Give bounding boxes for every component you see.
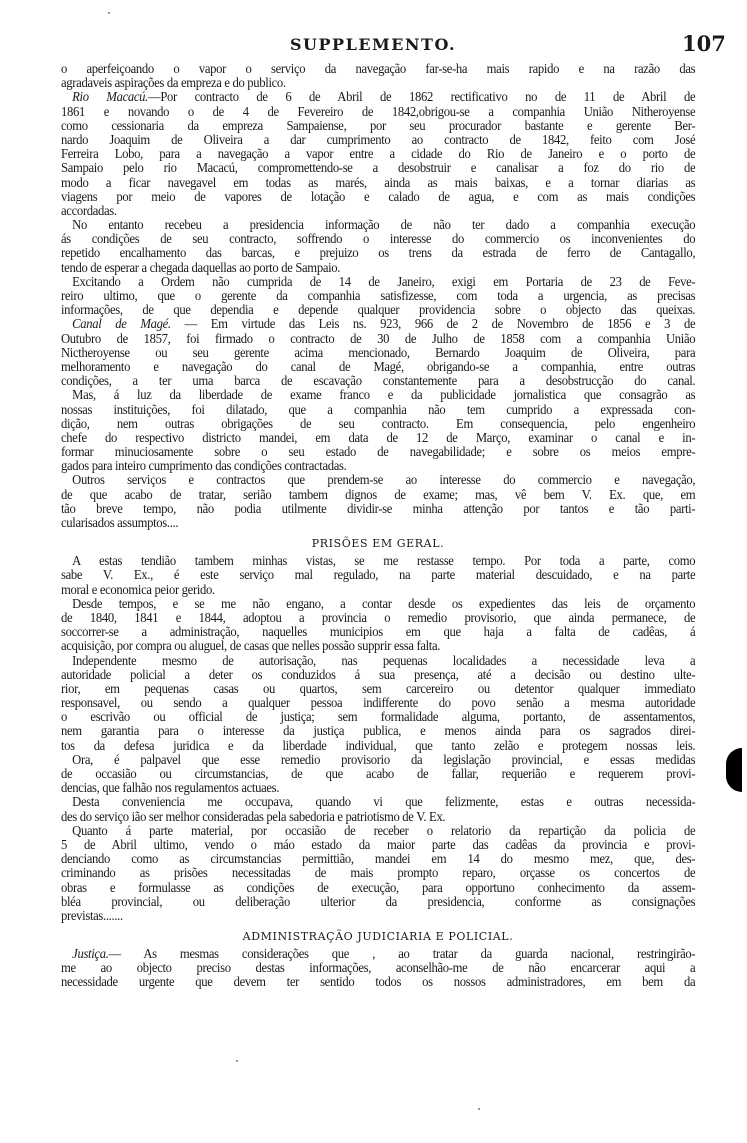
paragraph: A estas tendião tambem minhas vistas, se… [61, 554, 695, 597]
text-line: No entanto recebeu a presidencia informa… [61, 218, 695, 232]
paragraph-rio-macacu: Rio Macacú.—Por contracto de 6 de Abril … [61, 90, 695, 218]
paragraph: Desde tempos, e se me não engano, a cont… [61, 597, 695, 654]
scan-speck [236, 1060, 238, 1062]
text-line: necessidade urgente que devem ter sentid… [61, 975, 695, 989]
text-span: —Por contracto de 6 de Abril de 1862 rec… [148, 89, 695, 104]
paragraph: Mas, á luz da liberdade de exame franco … [61, 388, 695, 473]
scan-speck [478, 1108, 480, 1110]
section-prisoes: PRISÕES EM GERAL. A estas tendião tambem… [61, 530, 695, 923]
paragraph: Ora, é palpavel que esse remedio proviso… [61, 753, 695, 796]
text-line: accordadas. [61, 204, 695, 218]
body-text: o aperfeiçoando o vapor o serviço da nav… [61, 62, 695, 990]
text-line: de 1840, 1841 e 1844, adoptou a provinci… [61, 611, 695, 625]
text-line: A estas tendião tambem minhas vistas, se… [61, 554, 695, 568]
text-line: Excitando a Ordem não cumprida de 14 de … [61, 275, 695, 289]
paragraph-lead: Canal de Magé. [72, 316, 171, 331]
text-line: modo a ficar navegavel em todas as marés… [61, 176, 695, 190]
text-line: Sampaio pelo rio Macacú, compromettendo-… [61, 161, 695, 175]
running-title: SUPPLEMENTO. [290, 35, 456, 54]
text-line: Mas, á luz da liberdade de exame franco … [61, 388, 695, 402]
text-line: nem garantia para o interesse da justiça… [61, 724, 695, 738]
text-line: soccorrer-se a administração, naquelles … [61, 625, 695, 639]
text-line: Desde tempos, e se me não engano, a cont… [61, 597, 695, 611]
text-span: — Em virtude das Leis ns. 923, 966 de 2 … [171, 316, 696, 331]
paragraph-canal-de-mage: Canal de Magé. — Em virtude das Leis ns.… [61, 317, 695, 388]
text-line: condições, a ter uma barca de escavação … [61, 374, 695, 388]
paragraph: o aperfeiçoando o vapor o serviço da nav… [61, 62, 695, 90]
page-number: 107 [682, 31, 726, 56]
text-line: des do serviço ião ser melhor considerad… [61, 810, 695, 824]
scan-artifact-ink-blot [726, 748, 742, 792]
text-line: Justiça.— As mesmas considerações que , … [61, 947, 695, 961]
text-line: de occasião ou circumstancias, de que ac… [61, 767, 695, 781]
page-header: SUPPLEMENTO. 107 [0, 33, 747, 57]
text-line: tão breve tempo, não podia utilmente div… [61, 502, 695, 516]
text-line: informações, de que dependia e depende q… [61, 303, 695, 317]
text-line: Nictheroyense ou seu gerente acima menci… [61, 346, 695, 360]
text-line: 1861 e novando o de 4 de Fevereiro de 18… [61, 105, 695, 119]
text-line: o escrivão ou official de justiça; sem f… [61, 710, 695, 724]
text-line: repetido encalhamento das barcas, e prej… [61, 246, 695, 260]
scanned-document-page: SUPPLEMENTO. 107 o aperfeiçoando o vapor… [0, 0, 747, 1143]
text-line: tendo de esperar a chegada daquellas ao … [61, 261, 695, 275]
paragraph-lead: Rio Macacú. [72, 89, 148, 104]
paragraph: No entanto recebeu a presidencia informa… [61, 218, 695, 275]
paragraph-justica: Justiça.— As mesmas considerações que , … [61, 947, 695, 990]
section-administracao-judiciaria: ADMINISTRAÇÃO JUDICIARIA E POLICIAL. Jus… [61, 923, 695, 990]
text-line: sabe V. Ex., é este serviço mal regulado… [61, 568, 695, 582]
text-line: Outubro de 1857, foi firmado o contracto… [61, 332, 695, 346]
text-line: ás condições de seu contracto, soffrendo… [61, 232, 695, 246]
text-line: bléa provincial, ou deliberação ulterior… [61, 895, 695, 909]
section-heading: PRISÕES EM GERAL. [61, 530, 695, 554]
paragraph: Outros serviços e contractos que prendem… [61, 473, 695, 530]
text-line: nossas instituições, foi dilatado, que a… [61, 403, 695, 417]
text-line: Independente mesmo de autorisação, nas p… [61, 654, 695, 668]
section-heading: ADMINISTRAÇÃO JUDICIARIA E POLICIAL. [61, 923, 695, 947]
text-line: chefe do respectivo districto mandei, em… [61, 431, 695, 445]
text-line: Ferreira Lobo, para a navegação a vapor … [61, 147, 695, 161]
text-line: obras e formulasse as condições de execu… [61, 881, 695, 895]
text-line: Outros serviços e contractos que prendem… [61, 473, 695, 487]
paragraph: Independente mesmo de autorisação, nas p… [61, 654, 695, 753]
text-line: reiro ultimo, que o gerente da companhia… [61, 289, 695, 303]
section-navigation: o aperfeiçoando o vapor o serviço da nav… [61, 62, 695, 530]
paragraph: Excitando a Ordem não cumprida de 14 de … [61, 275, 695, 318]
text-line: rior, em pequenas casas ou quartos, sem … [61, 682, 695, 696]
text-line: de que acabo de tratar, serião tambem di… [61, 488, 695, 502]
text-line: tos da defesa juridica e da liberdade in… [61, 739, 695, 753]
text-line: Quanto á parte material, por occasião de… [61, 824, 695, 838]
text-line: cularisados assumptos.... [61, 516, 695, 530]
text-line: formar minuciosamente sobre o seu estado… [61, 445, 695, 459]
text-line: melhoramento e navegação do canal de Mag… [61, 360, 695, 374]
text-line: 5 de Abril ultimo, vendo o máo estado da… [61, 838, 695, 852]
text-line: dição, nem outras obrigações de seu cont… [61, 417, 695, 431]
text-line: autoridade policial a deter os conduzido… [61, 668, 695, 682]
text-line: denciando como as circumstancias permitt… [61, 852, 695, 866]
text-line: o aperfeiçoando o vapor o serviço da nav… [61, 62, 695, 76]
paragraph: Quanto á parte material, por occasião de… [61, 824, 695, 923]
text-line: viagens por meio de vapores de lotação e… [61, 190, 695, 204]
scan-speck [108, 12, 110, 14]
text-line: Ora, é palpavel que esse remedio proviso… [61, 753, 695, 767]
text-line: como cessionaria da empreza Sampaiense, … [61, 119, 695, 133]
paragraph: Desta conveniencia me occupava, quando v… [61, 795, 695, 823]
text-line: dencias, que falhão nos regulamentos act… [61, 781, 695, 795]
text-line: moral e economica peior gerido. [61, 583, 695, 597]
text-line: gados para inteiro cumprimento das condi… [61, 459, 695, 473]
text-line: previstas....... [61, 909, 695, 923]
text-line: responsavel, ou sendo a qualquer pessoa … [61, 696, 695, 710]
text-line: acquisição, por compra ou aluguel, de ca… [61, 639, 695, 653]
text-line: Canal de Magé. — Em virtude das Leis ns.… [61, 317, 695, 331]
text-line: nardo Joaquim de Oliveira a dar cumprime… [61, 133, 695, 147]
text-line: Rio Macacú.—Por contracto de 6 de Abril … [61, 90, 695, 104]
text-line: Desta conveniencia me occupava, quando v… [61, 795, 695, 809]
text-line: criminando as prisões necessitadas de ma… [61, 866, 695, 880]
paragraph-lead: Justiça. [72, 946, 108, 961]
text-span: — As mesmas considerações que , ao trata… [109, 946, 696, 961]
text-line: agradaveis aspirações da empreza e do pu… [61, 76, 695, 90]
text-line: me ao objecto preciso destas informações… [61, 961, 695, 975]
